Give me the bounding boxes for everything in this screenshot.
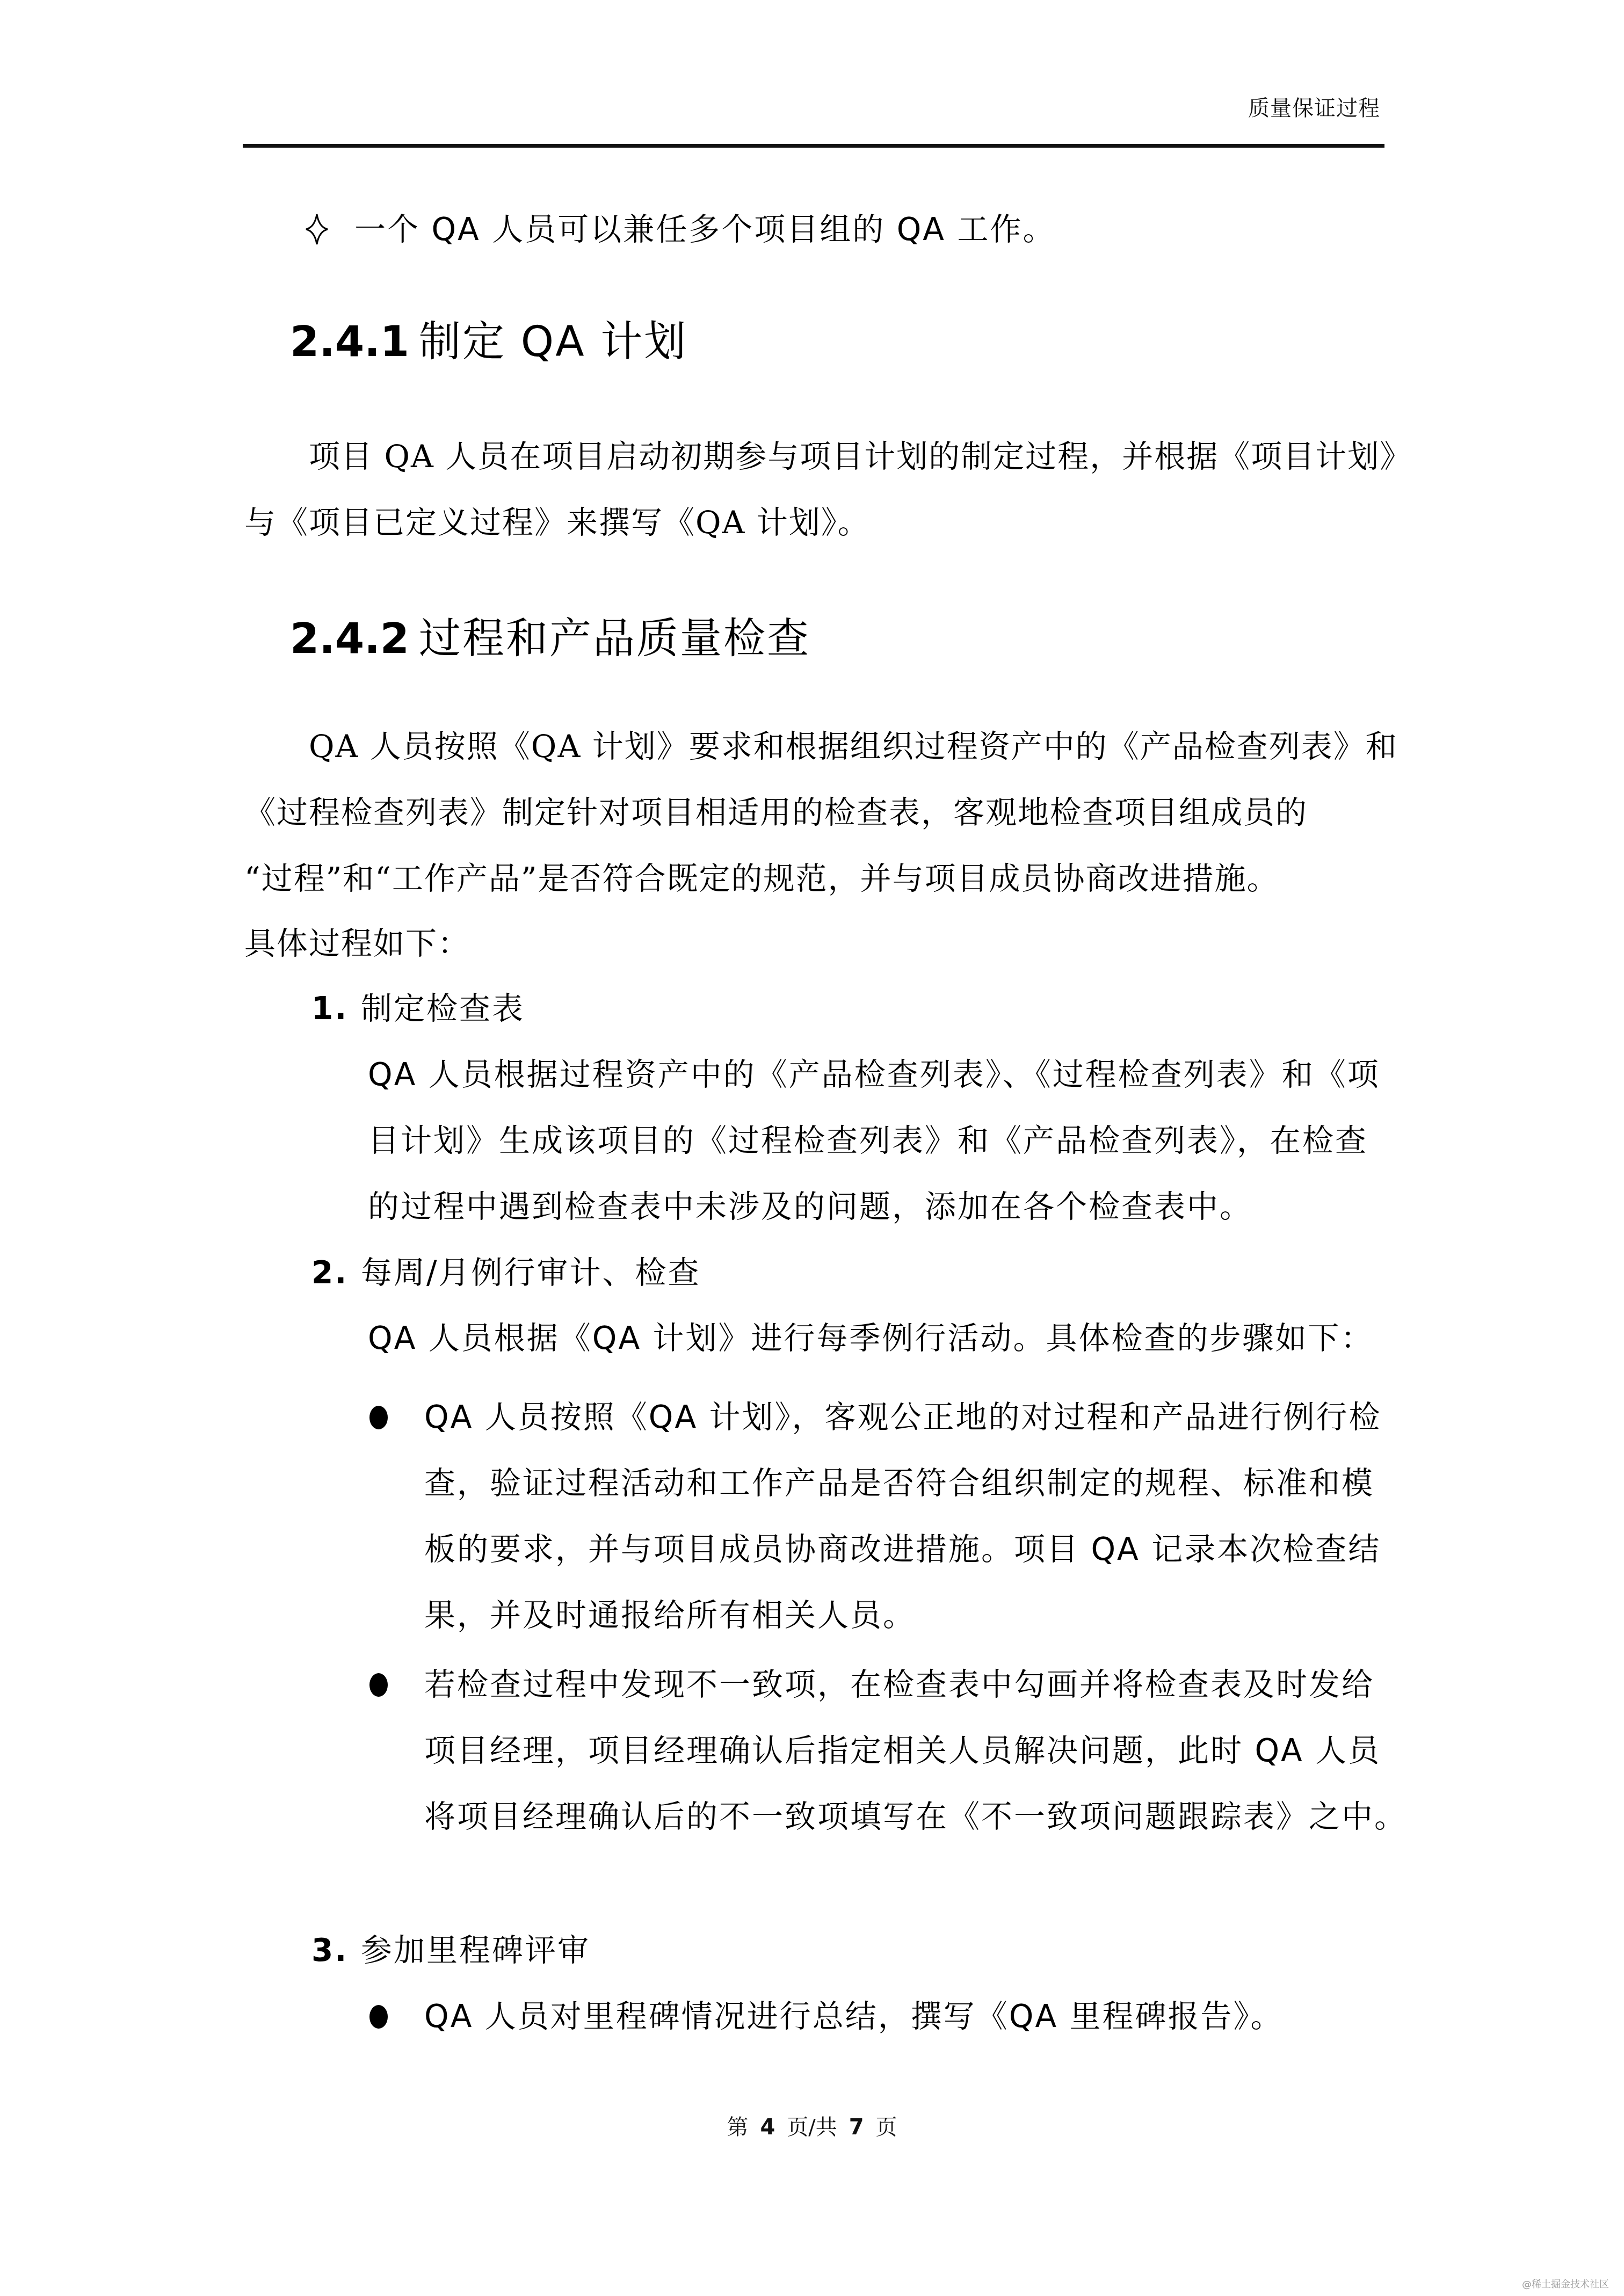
watermark: @稀土掘金技术社区 [1522,2277,1609,2291]
step-title-text: 每周/月例行审计、检查 [361,1254,701,1291]
page-footer: 第4页/共7页 [0,2110,1624,2141]
total-page-number: 7 [849,2115,864,2140]
step-body-line: QA 人员根据过程资产中的《产品检查列表》、《过程检查列表》和《项 [368,1056,1380,1093]
paragraph-line: 具体过程如下： [244,925,470,962]
step-1-title: 1.制定检查表 [311,990,525,1027]
footer-suffix: 页 [876,2115,897,2140]
paragraph-line: 与《项目已定义过程》来撰写《QA 计划》。 [244,504,870,541]
bullet-line: 项目经理，项目经理确认后指定相关人员解决问题，此时 QA 人员 [424,1732,1381,1769]
step-body-line: 目计划》生成该项目的《过程检查列表》和《产品检查列表》，在检查 [368,1122,1368,1159]
diamond-bullet-icon [305,213,329,245]
filled-circle-bullet-icon [369,1406,388,1429]
bullet-line: QA 人员按照《QA 计划》，客观公正地的对过程和产品进行例行检 [424,1398,1382,1436]
step-number: 1. [311,990,361,1027]
step-body-line: 的过程中遇到检查表中未涉及的问题，添加在各个检查表中。 [368,1188,1252,1225]
section-number: 2.4.1 [290,318,419,366]
intro-bullet-text: 一个 QA 人员可以兼任多个项目组的 QA 工作。 [354,210,1055,248]
footer-prefix: 第 [727,2115,748,2140]
step-body-line: QA 人员根据《QA 计划》进行每季例行活动。具体检查的步骤如下： [368,1319,1374,1357]
bullet-line: 果，并及时通报给所有相关人员。 [424,1596,916,1634]
header-title: 质量保证过程 [1248,91,1380,122]
footer-middle: 页/共 [787,2115,837,2140]
filled-circle-bullet-icon [369,2005,388,2029]
section-heading-2-4-2: 2.4.2过程和产品质量检查 [290,615,810,663]
page-header: 质量保证过程 [243,86,1384,148]
step-2-title: 2.每周/月例行审计、检查 [311,1254,701,1291]
paragraph-line: 项目 QA 人员在项目启动初期参与项目计划的制定过程，并根据《项目计划》 [309,438,1412,475]
paragraph-line: 《过程检查列表》制定针对项目相适用的检查表，客观地检查项目组成员的 [244,794,1308,831]
section-heading-2-4-1: 2.4.1制定 QA 计划 [290,318,687,366]
section-title: 制定 QA 计划 [419,318,687,366]
bullet-line: 查，验证过程活动和工作产品是否符合组织制定的规程、标准和模 [424,1464,1374,1502]
bullet-line: QA 人员对里程碑情况进行总结，撰写《QA 里程碑报告》。 [424,1997,1284,2035]
step-title-text: 参加里程碑评审 [361,1932,590,1968]
current-page-number: 4 [760,2115,775,2140]
section-title: 过程和产品质量检查 [419,615,810,663]
section-number: 2.4.2 [290,615,419,663]
bullet-line: 将项目经理确认后的不一致项填写在《不一致项问题跟踪表》之中。 [424,1798,1407,1835]
paragraph-line: “过程”和“工作产品”是否符合既定的规范，并与项目成员协商改进措施。 [244,860,1279,897]
step-number: 2. [311,1254,361,1291]
filled-circle-bullet-icon [369,1673,388,1697]
step-title-text: 制定检查表 [361,990,525,1027]
step-number: 3. [311,1931,361,1969]
step-3-title: 3.参加里程碑评审 [311,1931,590,1969]
paragraph-line: QA 人员按照《QA 计划》要求和根据组织过程资产中的《产品检查列表》和 [309,728,1398,765]
bullet-line: 板的要求，并与项目成员协商改进措施。项目 QA 记录本次检查结 [424,1530,1381,1568]
bullet-line: 若检查过程中发现不一致项，在检查表中勾画并将检查表及时发给 [424,1666,1374,1703]
